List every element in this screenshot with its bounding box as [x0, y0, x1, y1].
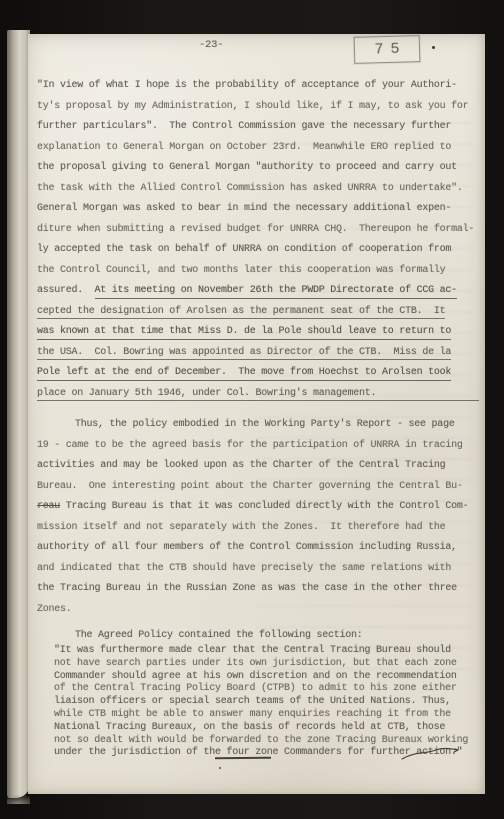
typed-line: "In view of what I hope is the probabili…: [37, 80, 479, 101]
typed-line: Thus, the policy embodied in the Working…: [37, 419, 479, 440]
typed-line: and indicated that the CTB should have p…: [37, 563, 479, 584]
typed-line: not have search parties under its own ju…: [54, 658, 478, 671]
page-number: -23-: [199, 39, 223, 51]
typed-line: further particulars". The Control Commis…: [37, 121, 479, 142]
document-page: -23- 75 "In view of what I hope is the p…: [28, 34, 485, 794]
typed-line: cepted the designation of Arolsen as the…: [37, 306, 479, 327]
typed-line: mission itself and not separately with t…: [37, 522, 479, 543]
ink-dot: [432, 46, 435, 49]
footer-dot: [219, 767, 221, 769]
typed-line: General Morgan was asked to bear in mind…: [37, 203, 479, 224]
typed-line: reau Tracing Bureau is that it was concl…: [37, 501, 479, 522]
paragraph-charter: Thus, the policy embodied in the Working…: [37, 419, 479, 624]
folio-stamp: 75: [354, 35, 421, 64]
typed-line: assured. At its meeting on November 26th…: [37, 285, 479, 306]
typed-line: explanation to General Morgan on October…: [37, 142, 479, 163]
typed-line: authority of all four members of the Con…: [37, 542, 479, 563]
typed-line: ly accepted the task on behalf of UNRRA …: [37, 244, 479, 265]
typed-line: Zones.: [37, 604, 479, 625]
typed-line: place on January 5th 1946, under Col. Bo…: [37, 388, 479, 409]
handwritten-pen-mark: [400, 745, 462, 763]
typed-line: the Control Council, and two months late…: [37, 265, 479, 286]
typed-line: the task with the Allied Control Commiss…: [37, 183, 479, 204]
typed-line: activities and may be looked upon as the…: [37, 460, 479, 481]
typed-line: the proposal giving to General Morgan "a…: [37, 162, 479, 183]
typed-line: the Tracing Bureau in the Russian Zone a…: [37, 583, 479, 604]
blockquote-agreed-policy: "It was furthermore made clear that the …: [54, 645, 478, 760]
typed-line: Bureau. One interesting point about the …: [37, 481, 479, 502]
scanned-document: -23- 75 "In view of what I hope is the p…: [0, 0, 504, 819]
typed-line: of the Central Tracing Policy Board (CTP…: [54, 683, 478, 696]
typed-line: diture when submitting a revised budget …: [37, 224, 479, 245]
paragraph-control-commission: "In view of what I hope is the probabili…: [37, 80, 479, 408]
folio-stamp-number: 75: [367, 40, 406, 58]
typed-line: ty's proposal by my Administration, I sh…: [37, 101, 479, 122]
typed-line: Pole left at the end of December. The mo…: [37, 367, 479, 388]
book-page-edge: [7, 30, 30, 798]
typed-line: 19 - came to be the agreed basis for the…: [37, 440, 479, 461]
typed-line: while CTB might be able to answer many e…: [54, 709, 478, 722]
typed-line: National Tracing Bureaux, on the basis o…: [54, 722, 478, 735]
typed-line: liaison officers or special search teams…: [54, 696, 478, 709]
typed-line: the USA. Col. Bowring was appointed as D…: [37, 347, 479, 368]
typed-line: "It was furthermore made clear that the …: [54, 645, 478, 658]
typed-line: Commander should agree at his own discre…: [54, 671, 478, 684]
typed-line: was known at that time that Miss D. de l…: [37, 326, 479, 347]
